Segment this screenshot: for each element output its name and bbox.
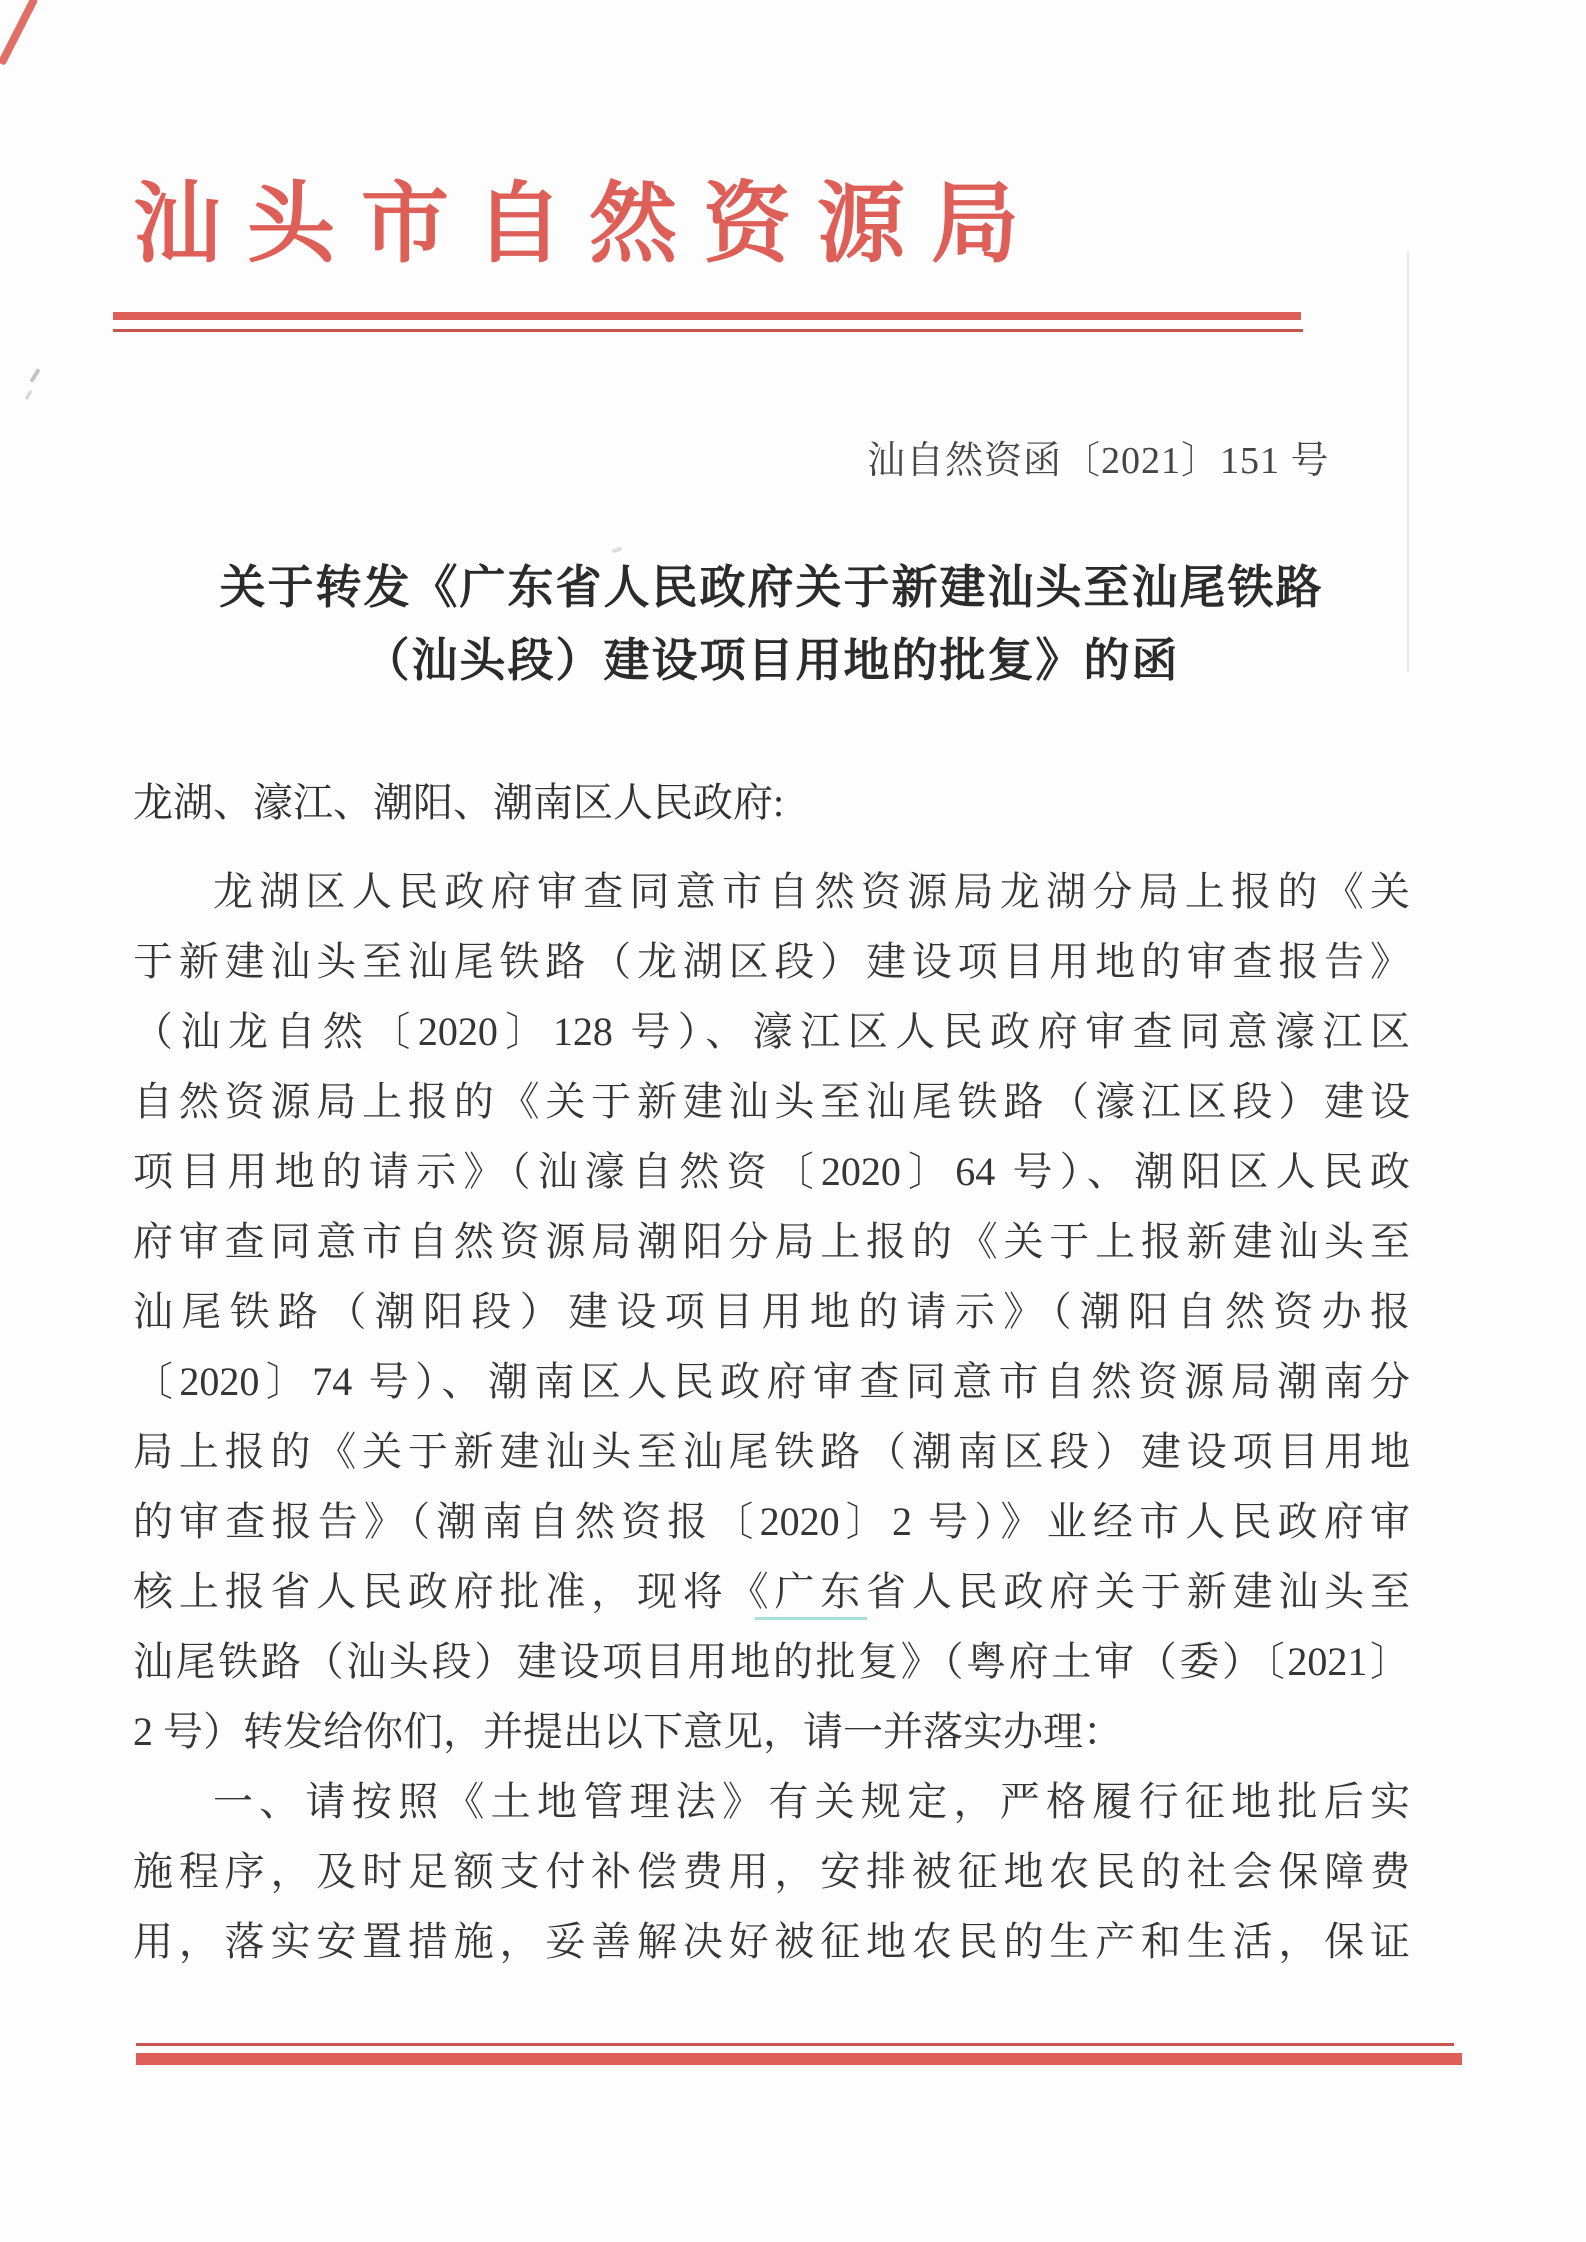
scan-speck <box>29 368 40 383</box>
body-line: 一、请按照《土地管理法》有关规定，严格履行征地批后实 <box>133 1767 1410 1837</box>
body-line: 项目用地的请示》（汕濠自然资〔2020〕64 号）、潮阳区人民政 <box>133 1137 1410 1207</box>
body-line: 施程序，及时足额支付补偿费用，安排被征地农民的社会保障费 <box>133 1837 1410 1907</box>
body-text: 龙湖区人民政府审查同意市自然资源局龙湖分局上报的《关 于新建汕头至汕尾铁路（龙湖… <box>133 857 1410 1977</box>
body-line: 龙湖区人民政府审查同意市自然资源局龙湖分局上报的《关 <box>133 857 1410 927</box>
body-line: 于新建汕头至汕尾铁路（龙湖区段）建设项目用地的审查报告》 <box>133 927 1410 997</box>
body-line: 2 号）转发给你们，并提出以下意见，请一并落实办理： <box>133 1697 1410 1767</box>
body-line: 汕尾铁路（潮阳段）建设项目用地的请示》（潮阳自然资办报 <box>133 1277 1410 1347</box>
body-line: 〔2020〕74 号）、潮南区人民政府审查同意市自然资源局潮南分 <box>133 1347 1410 1417</box>
document-title-line-2: （汕头段）建设项目用地的批复》的函 <box>133 624 1410 697</box>
body-line: （汕龙自然〔2020〕128 号）、濠江区人民政府审查同意濠江区 <box>133 997 1410 1067</box>
body-line: 府审查同意市自然资源局潮阳分局上报的《关于上报新建汕头至 <box>133 1207 1410 1277</box>
salutation: 龙湖、濠江、潮阳、潮南区人民政府: <box>133 779 784 827</box>
scan-speck <box>25 390 33 400</box>
body-line: 用，落实安置措施，妥善解决好被征地农民的生产和生活，保证 <box>133 1907 1410 1977</box>
document-page: 汕 头 市 自 然 资 源 局 汕自然资函〔2021〕151 号 关于转发《广东… <box>0 0 1586 2242</box>
body-line: 的审查报告》（潮南自然资报〔2020〕2 号）》业经市人民政府审 <box>133 1487 1410 1557</box>
document-title-line-1: 关于转发《广东省人民政府关于新建汕头至汕尾铁路 <box>133 551 1410 624</box>
footer-divider-thin <box>136 2043 1454 2046</box>
scan-teal-mark <box>755 1617 867 1620</box>
scan-mark-corner <box>0 0 38 66</box>
agency-name: 汕 头 市 自 然 资 源 局 <box>133 182 1021 270</box>
doc-number: 汕自然资函〔2021〕151 号 <box>867 429 1330 484</box>
header-divider-thick <box>113 312 1301 320</box>
footer-divider-thick <box>136 2053 1462 2065</box>
document-title: 关于转发《广东省人民政府关于新建汕头至汕尾铁路 （汕头段）建设项目用地的批复》的… <box>133 551 1410 697</box>
body-line: 自然资源局上报的《关于新建汕头至汕尾铁路（濠江区段）建设 <box>133 1067 1410 1137</box>
body-line: 局上报的《关于新建汕头至汕尾铁路（潮南区段）建设项目用地 <box>133 1417 1410 1487</box>
header-divider-thin <box>113 329 1303 332</box>
body-line: 汕尾铁路（汕头段）建设项目用地的批复》（粤府土审（委）〔2021〕 <box>133 1627 1410 1697</box>
